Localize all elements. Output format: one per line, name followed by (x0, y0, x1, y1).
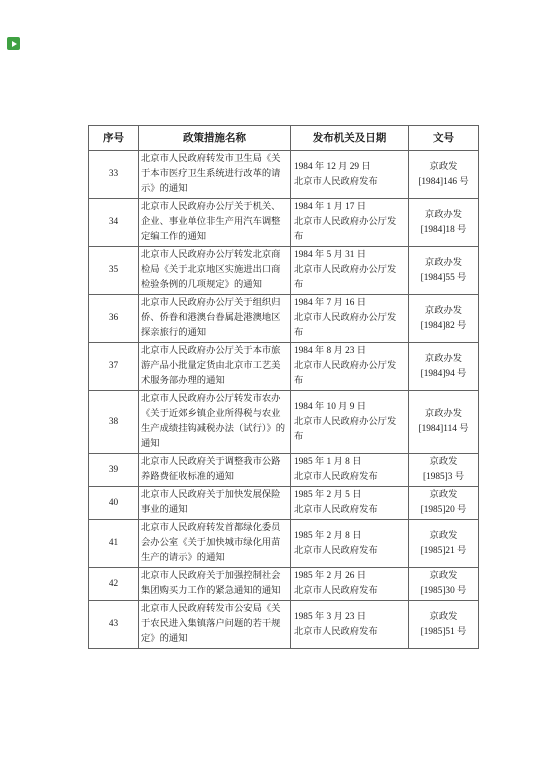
table-row: 35 北京市人民政府办公厅转发北京商检局《关于北京地区实施进出口商检验条例的几项… (89, 247, 479, 295)
table-row: 38 北京市人民政府办公厅转发市农办《关于近郊乡镇企业所得税与农业生产成绩挂钩减… (89, 391, 479, 454)
doc-number-code: [1985]3 号 (410, 470, 477, 485)
cell-policy-name: 北京市人民政府办公厅关于本市旅游产品小批量定货由北京市工艺美术服务部办理的通知 (139, 343, 291, 391)
cell-policy-name: 北京市人民政府关于加强控制社会集团购买力工作的紧急通知的通知 (139, 568, 291, 601)
doc-number-prefix: 京政办发 (410, 352, 477, 367)
cell-issue-info: 1984 年 5 月 31 日 北京市人民政府办公厅发布 (291, 247, 409, 295)
table-row: 39 北京市人民政府关于调整我市公路养路费征收标准的通知 1985 年 1 月 … (89, 454, 479, 487)
issuer-name: 北京市人民政府发布 (294, 625, 405, 640)
cell-policy-name: 北京市人民政府办公厅关于组织归侨、侨眷和港澳台眷属赴港澳地区探亲旅行的通知 (139, 295, 291, 343)
cell-doc-number: 京政发 [1984]146 号 (409, 151, 479, 199)
doc-number-code: [1985]30 号 (410, 584, 477, 599)
cell-policy-name: 北京市人民政府转发首都绿化委员会办公室《关于加快城市绿化用苗生产的请示》的通知 (139, 520, 291, 568)
issuer-name: 北京市人民政府发布 (294, 175, 405, 190)
doc-number-code: [1985]51 号 (410, 625, 477, 640)
doc-number-code: [1984]114 号 (410, 422, 477, 437)
doc-number-prefix: 京政发 (410, 160, 477, 175)
doc-number-prefix: 京政发 (410, 488, 477, 503)
doc-number-code: [1984]55 号 (410, 271, 477, 286)
doc-number-code: [1984]94 号 (410, 367, 477, 382)
issuer-name: 北京市人民政府发布 (294, 584, 405, 599)
doc-number-prefix: 京政发 (410, 610, 477, 625)
cell-doc-number: 京政办发 [1984]82 号 (409, 295, 479, 343)
table-row: 33 北京市人民政府转发市卫生局《关于本市医疗卫生系统进行改革的请示》的通知 1… (89, 151, 479, 199)
issue-date: 1985 年 2 月 5 日 (294, 488, 405, 503)
table-row: 34 北京市人民政府办公厅关于机关、企业、事业单位非生产用汽车调整定编工作的通知… (89, 199, 479, 247)
cell-issue-info: 1985 年 1 月 8 日 北京市人民政府发布 (291, 454, 409, 487)
policy-table: 序号 政策措施名称 发布机关及日期 文号 33 北京市人民政府转发市卫生局《关于… (88, 125, 479, 649)
document-page: 序号 政策措施名称 发布机关及日期 文号 33 北京市人民政府转发市卫生局《关于… (0, 0, 550, 777)
cell-issue-info: 1984 年 7 月 16 日 北京市人民政府办公厅发布 (291, 295, 409, 343)
header-policy-name: 政策措施名称 (139, 126, 291, 151)
cell-issue-info: 1984 年 1 月 17 日 北京市人民政府办公厅发布 (291, 199, 409, 247)
cell-policy-name: 北京市人民政府转发市公安局《关于农民进入集镇落户问题的若干规定》的通知 (139, 601, 291, 649)
cell-doc-number: 京政办发 [1984]18 号 (409, 199, 479, 247)
cell-seq-number: 36 (89, 295, 139, 343)
issue-date: 1984 年 8 月 23 日 (294, 344, 405, 359)
issuer-name: 北京市人民政府发布 (294, 503, 405, 518)
issue-date: 1985 年 2 月 8 日 (294, 529, 405, 544)
header-doc-number: 文号 (409, 126, 479, 151)
doc-number-code: [1984]146 号 (410, 175, 477, 190)
doc-number-prefix: 京政发 (410, 569, 477, 584)
table-row: 42 北京市人民政府关于加强控制社会集团购买力工作的紧急通知的通知 1985 年… (89, 568, 479, 601)
doc-number-code: [1984]82 号 (410, 319, 477, 334)
cell-issue-info: 1984 年 12 月 29 日 北京市人民政府发布 (291, 151, 409, 199)
doc-number-code: [1985]21 号 (410, 544, 477, 559)
cell-policy-name: 北京市人民政府关于加快发展保险事业的通知 (139, 487, 291, 520)
cell-doc-number: 京政办发 [1984]55 号 (409, 247, 479, 295)
cell-policy-name: 北京市人民政府办公厅关于机关、企业、事业单位非生产用汽车调整定编工作的通知 (139, 199, 291, 247)
cell-seq-number: 38 (89, 391, 139, 454)
doc-number-code: [1985]20 号 (410, 503, 477, 518)
issue-date: 1985 年 2 月 26 日 (294, 569, 405, 584)
issuer-name: 北京市人民政府发布 (294, 544, 405, 559)
header-seq-number: 序号 (89, 126, 139, 151)
issue-date: 1985 年 1 月 8 日 (294, 455, 405, 470)
doc-number-prefix: 京政办发 (410, 407, 477, 422)
cell-doc-number: 京政发 [1985]3 号 (409, 454, 479, 487)
cell-doc-number: 京政办发 [1984]94 号 (409, 343, 479, 391)
issue-date: 1984 年 10 月 9 日 (294, 400, 405, 415)
cell-seq-number: 37 (89, 343, 139, 391)
cell-seq-number: 33 (89, 151, 139, 199)
doc-number-prefix: 京政发 (410, 455, 477, 470)
issue-date: 1984 年 1 月 17 日 (294, 200, 405, 215)
cell-issue-info: 1985 年 3 月 23 日 北京市人民政府发布 (291, 601, 409, 649)
cell-doc-number: 京政发 [1985]20 号 (409, 487, 479, 520)
cell-policy-name: 北京市人民政府办公厅转发北京商检局《关于北京地区实施进出口商检验条例的几项规定》… (139, 247, 291, 295)
cell-doc-number: 京政发 [1985]30 号 (409, 568, 479, 601)
doc-number-prefix: 京政发 (410, 529, 477, 544)
table-row: 43 北京市人民政府转发市公安局《关于农民进入集镇落户问题的若干规定》的通知 1… (89, 601, 479, 649)
doc-number-code: [1984]18 号 (410, 223, 477, 238)
doc-number-prefix: 京政办发 (410, 256, 477, 271)
cell-policy-name: 北京市人民政府办公厅转发市农办《关于近郊乡镇企业所得税与农业生产成绩挂钩减税办法… (139, 391, 291, 454)
cell-seq-number: 42 (89, 568, 139, 601)
cell-issue-info: 1984 年 8 月 23 日 北京市人民政府办公厅发布 (291, 343, 409, 391)
issuer-name: 北京市人民政府办公厅发布 (294, 263, 405, 293)
cell-issue-info: 1985 年 2 月 5 日 北京市人民政府发布 (291, 487, 409, 520)
table-header-row: 序号 政策措施名称 发布机关及日期 文号 (89, 126, 479, 151)
issue-date: 1984 年 12 月 29 日 (294, 160, 405, 175)
cell-seq-number: 40 (89, 487, 139, 520)
issue-date: 1984 年 7 月 16 日 (294, 296, 405, 311)
header-issuer-date: 发布机关及日期 (291, 126, 409, 151)
attachment-icon[interactable] (7, 37, 20, 50)
cell-policy-name: 北京市人民政府转发市卫生局《关于本市医疗卫生系统进行改革的请示》的通知 (139, 151, 291, 199)
issuer-name: 北京市人民政府办公厅发布 (294, 311, 405, 341)
table-row: 40 北京市人民政府关于加快发展保险事业的通知 1985 年 2 月 5 日 北… (89, 487, 479, 520)
cell-seq-number: 34 (89, 199, 139, 247)
issue-date: 1984 年 5 月 31 日 (294, 248, 405, 263)
cell-seq-number: 35 (89, 247, 139, 295)
cell-issue-info: 1985 年 2 月 26 日 北京市人民政府发布 (291, 568, 409, 601)
cell-doc-number: 京政办发 [1984]114 号 (409, 391, 479, 454)
cell-policy-name: 北京市人民政府关于调整我市公路养路费征收标准的通知 (139, 454, 291, 487)
doc-number-prefix: 京政办发 (410, 208, 477, 223)
issuer-name: 北京市人民政府办公厅发布 (294, 359, 405, 389)
cell-doc-number: 京政发 [1985]21 号 (409, 520, 479, 568)
issue-date: 1985 年 3 月 23 日 (294, 610, 405, 625)
cell-seq-number: 41 (89, 520, 139, 568)
attachment-icon-glyph (12, 41, 17, 47)
cell-issue-info: 1984 年 10 月 9 日 北京市人民政府办公厅发布 (291, 391, 409, 454)
cell-issue-info: 1985 年 2 月 8 日 北京市人民政府发布 (291, 520, 409, 568)
issuer-name: 北京市人民政府发布 (294, 470, 405, 485)
table-row: 41 北京市人民政府转发首都绿化委员会办公室《关于加快城市绿化用苗生产的请示》的… (89, 520, 479, 568)
doc-number-prefix: 京政办发 (410, 304, 477, 319)
table-row: 36 北京市人民政府办公厅关于组织归侨、侨眷和港澳台眷属赴港澳地区探亲旅行的通知… (89, 295, 479, 343)
cell-seq-number: 39 (89, 454, 139, 487)
table-row: 37 北京市人民政府办公厅关于本市旅游产品小批量定货由北京市工艺美术服务部办理的… (89, 343, 479, 391)
issuer-name: 北京市人民政府办公厅发布 (294, 415, 405, 445)
issuer-name: 北京市人民政府办公厅发布 (294, 215, 405, 245)
cell-doc-number: 京政发 [1985]51 号 (409, 601, 479, 649)
cell-seq-number: 43 (89, 601, 139, 649)
